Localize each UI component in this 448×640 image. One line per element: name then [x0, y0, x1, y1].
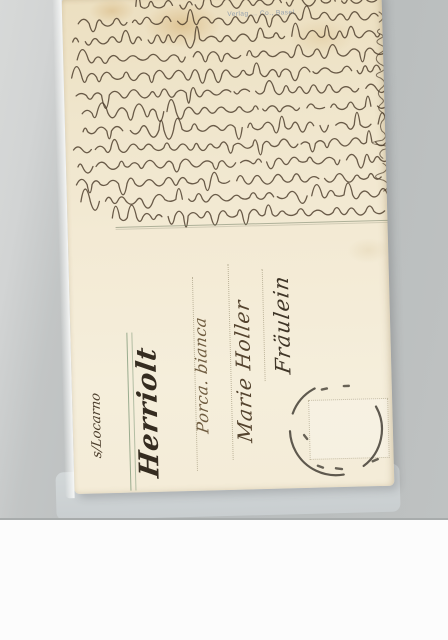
- postcard-back: Verlag … Co., Basel. Fräulein Marie Holl…: [62, 0, 395, 494]
- scan-lower-margin: [0, 520, 448, 640]
- photo-scan-area: Verlag … Co., Basel. Fräulein Marie Holl…: [0, 0, 448, 520]
- postmark-stamp-icon: [281, 374, 394, 487]
- margin-note-handwriting: [369, 12, 389, 192]
- message-lines: [70, 0, 391, 230]
- address-line-fraeulein: Fräulein: [268, 254, 296, 395]
- address-line-town: Herriolt: [131, 327, 166, 498]
